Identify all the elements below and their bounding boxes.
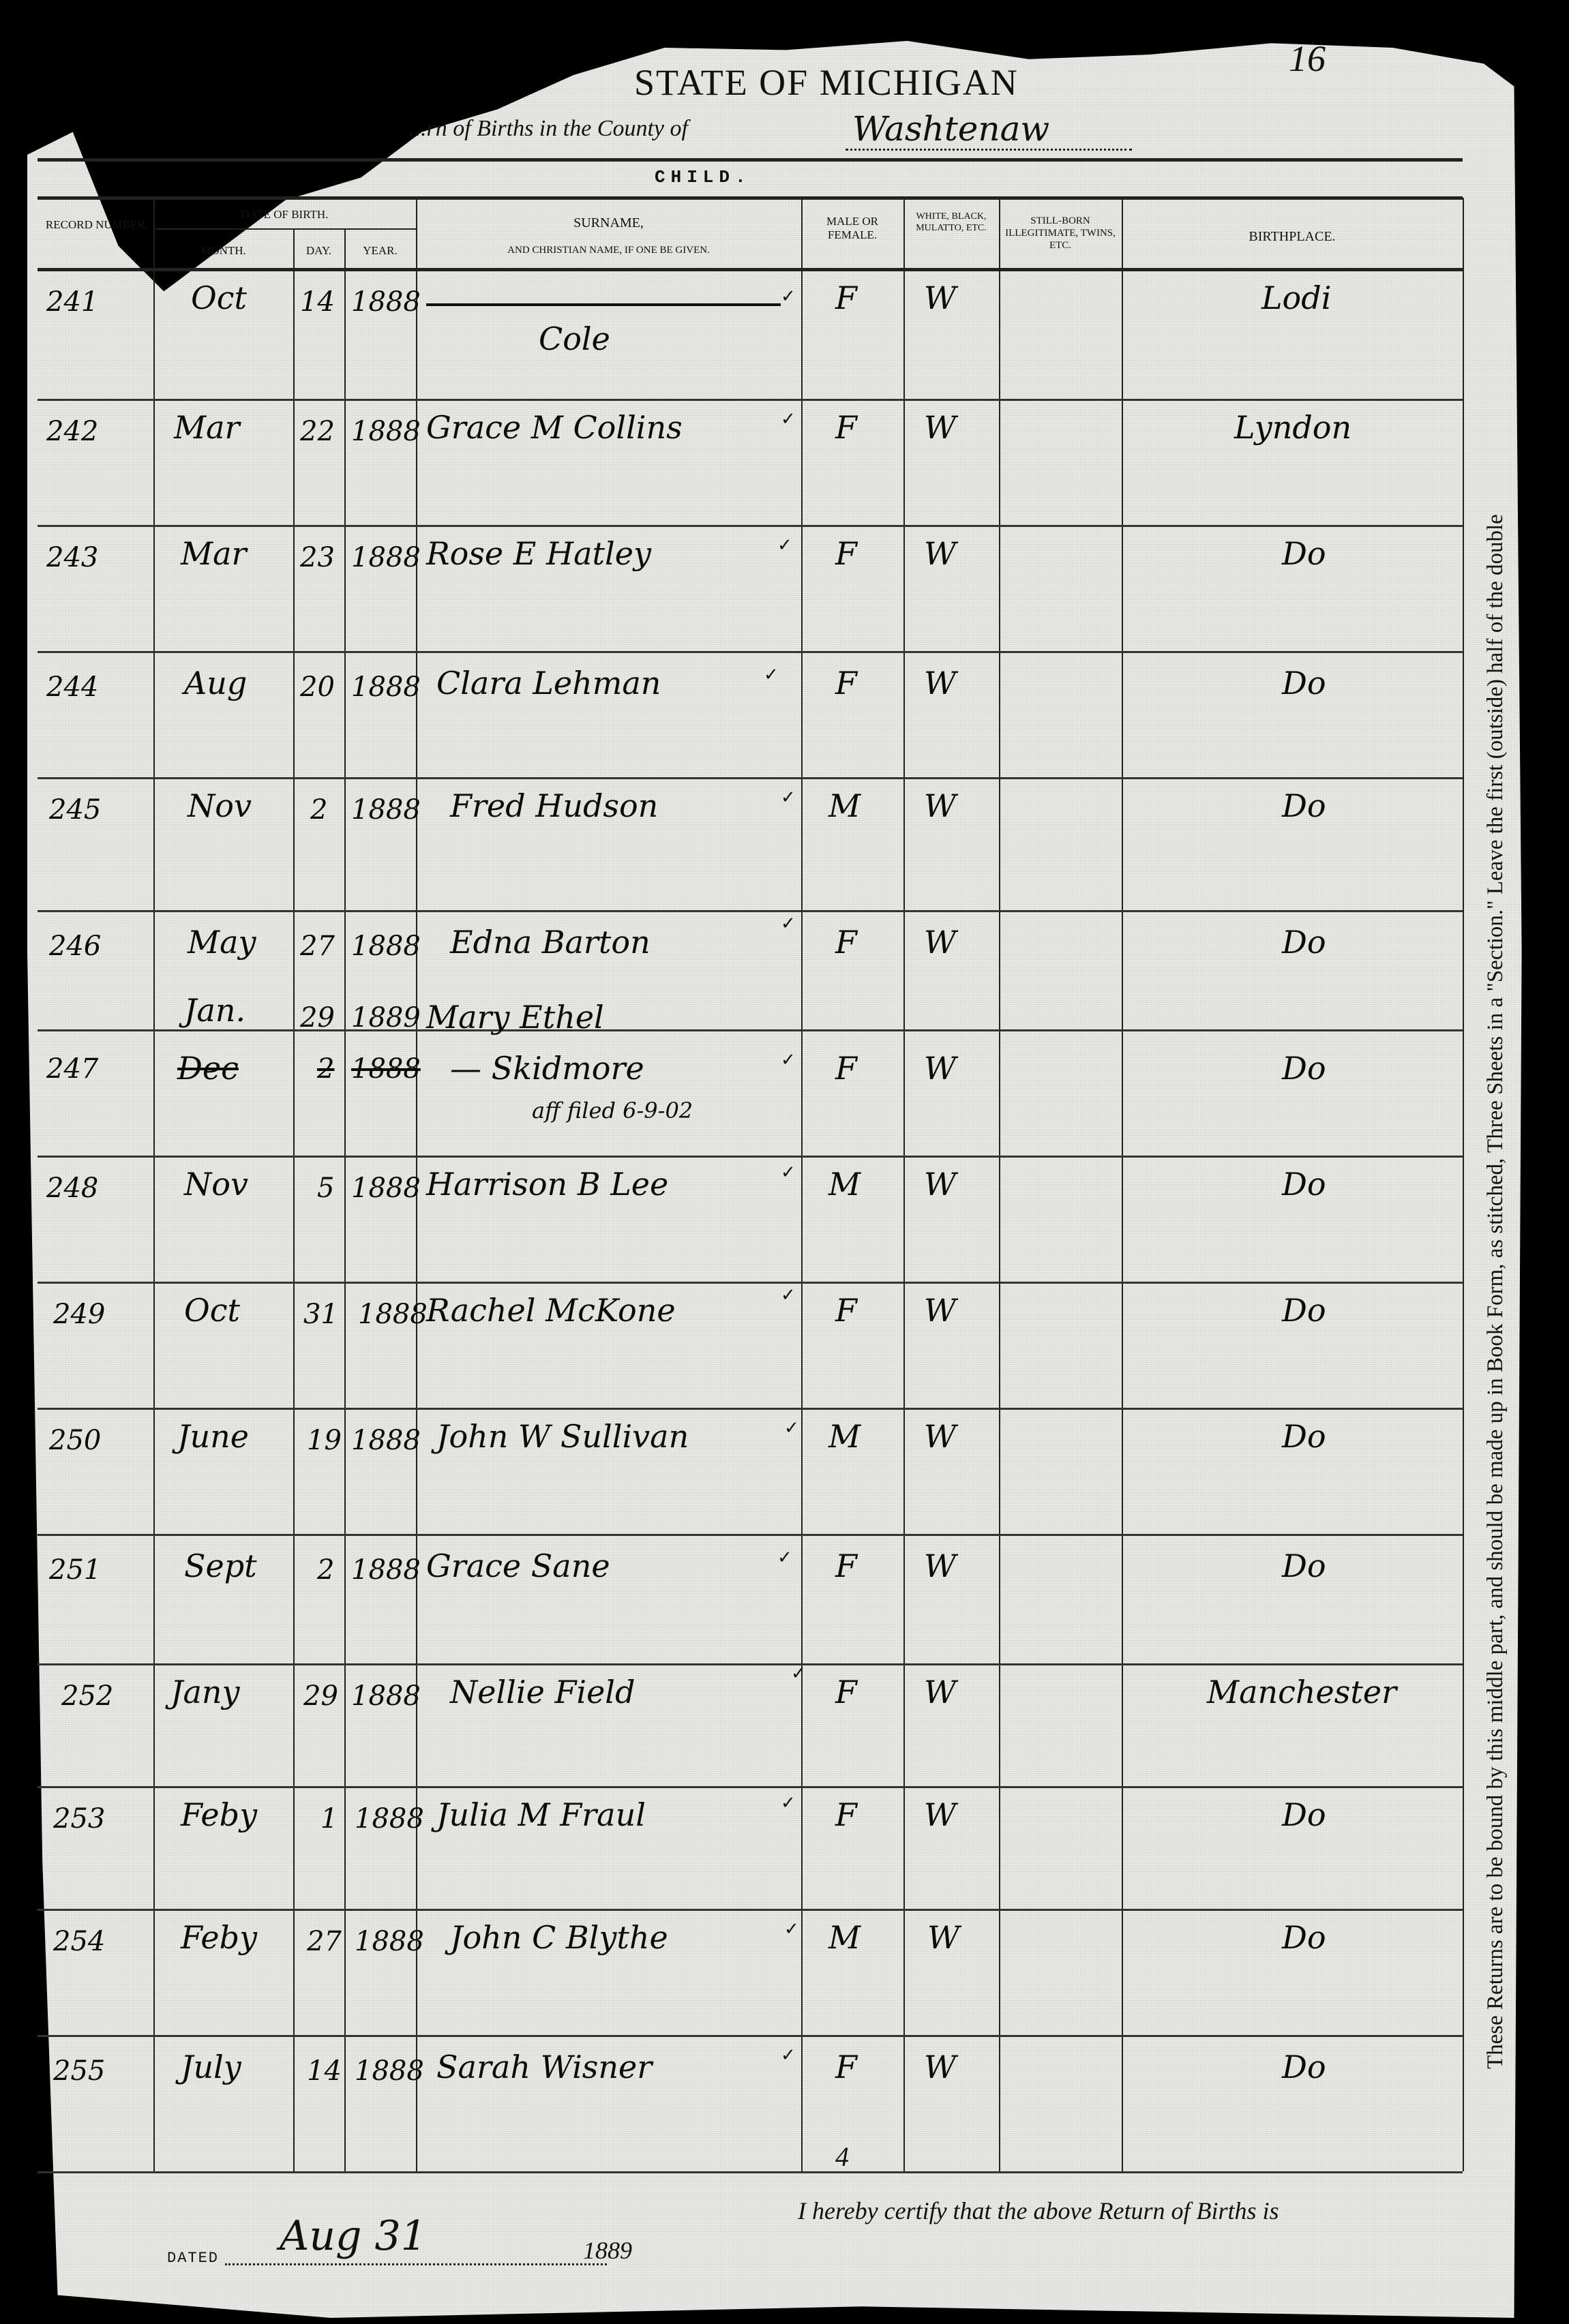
birthplace: Do — [1282, 535, 1326, 572]
birthplace: Do — [1282, 1548, 1326, 1584]
county-line — [846, 149, 1132, 151]
birth-month: Oct — [191, 280, 247, 316]
birth-year: 1888 — [351, 1554, 421, 1586]
name-blank-line — [426, 303, 781, 306]
birth-year: 1888 — [351, 542, 421, 573]
dated-year-suffix: 89 — [608, 2237, 632, 2264]
child-race: W — [924, 1050, 956, 1087]
county-value: Washtenaw — [852, 109, 1049, 149]
birthplace: Do — [1282, 665, 1326, 701]
row-line — [38, 2035, 1463, 2037]
birthplace: Lodi — [1261, 280, 1331, 316]
child-name: Julia M Fraul — [436, 1796, 646, 1833]
birth-year: 1888 — [351, 286, 421, 318]
birthplace: Do — [1282, 1796, 1326, 1833]
birth-day: 20 — [300, 671, 335, 703]
check-mark: ✓ — [781, 914, 796, 934]
child-sex: F — [835, 1050, 857, 1087]
birth-year-corrected: 1889 — [351, 1002, 421, 1033]
row-line — [38, 1156, 1463, 1158]
child-name: Rachel McKone — [426, 1292, 676, 1329]
birthplace: Do — [1282, 1919, 1326, 1956]
record-number: 255 — [53, 2055, 105, 2087]
birth-day: 2 — [317, 1554, 334, 1586]
birth-year: 1888 — [358, 1299, 428, 1330]
col-month: Month. — [153, 244, 293, 258]
check-mark: ✓ — [781, 1050, 796, 1070]
record-number: 246 — [49, 931, 101, 962]
birth-month: Jany — [170, 1674, 239, 1710]
dated-value: Aug 31 — [280, 2212, 427, 2260]
child-name: Grace Sane — [426, 1548, 610, 1584]
header-rule-top — [38, 158, 1463, 162]
birth-month-struck: Dec — [177, 1050, 239, 1087]
child-sex: F — [835, 1548, 857, 1584]
child-sex: F — [835, 924, 857, 961]
col-day: Day. — [293, 244, 344, 258]
birth-year: 1888 — [351, 1173, 421, 1204]
grid-vline — [801, 198, 803, 2171]
grid-vline — [1463, 198, 1464, 2171]
record-number: 252 — [61, 1680, 113, 1712]
col-surname-sub: and Christian Name, if one be given. — [416, 244, 801, 256]
child-sex: M — [828, 1166, 861, 1203]
grid-vline — [344, 228, 346, 2171]
binding-instructions: These Returns are to be bound by this mi… — [1483, 228, 1508, 2069]
col-record-number: Record Number. — [42, 218, 151, 232]
record-number: 251 — [49, 1554, 101, 1586]
child-race: W — [924, 1548, 956, 1584]
row-line — [38, 399, 1463, 401]
col-sex: Male or Female. — [801, 215, 903, 243]
record-number: 241 — [46, 286, 98, 318]
record-number: 245 — [49, 794, 101, 826]
grid-vline — [903, 198, 905, 2171]
child-sex: F — [835, 2049, 857, 2085]
child-sex: F — [835, 1796, 857, 1833]
child-race: W — [924, 1418, 956, 1455]
child-sex: M — [828, 787, 861, 824]
birthplace: Do — [1282, 2049, 1326, 2085]
row-line — [38, 777, 1463, 779]
child-race: W — [924, 1796, 956, 1833]
birth-month: Aug — [184, 665, 247, 701]
birthplace: Do — [1282, 1418, 1326, 1455]
row-line — [38, 1909, 1463, 1911]
birth-month: May — [188, 924, 256, 961]
col-year: Year. — [344, 244, 416, 258]
dated-year-prefix: 18 — [583, 2237, 608, 2264]
check-mark: ✓ — [781, 1793, 796, 1813]
birth-day: 14 — [300, 286, 335, 318]
grid-vline — [1122, 198, 1123, 2171]
record-number: 248 — [46, 1173, 98, 1204]
tally-mark: 4 — [835, 2141, 849, 2173]
document-subtitle: ...rn of Births in the County of — [409, 116, 688, 142]
check-mark: ✓ — [781, 286, 796, 307]
birth-year-struck: 1888 — [351, 1053, 421, 1085]
page-number: 16 — [1289, 37, 1326, 80]
correction-note: aff filed 6-9-02 — [532, 1098, 693, 1123]
row-line — [38, 1282, 1463, 1284]
birth-day-struck: 2 — [317, 1053, 334, 1085]
birth-month: Feby — [181, 1796, 257, 1833]
birth-day: 2 — [310, 794, 327, 826]
birth-day: 14 — [307, 2055, 342, 2087]
child-name: Harrison B Lee — [426, 1166, 668, 1203]
child-name: Rose E Hatley — [426, 535, 651, 572]
birthplace: Manchester — [1207, 1674, 1396, 1710]
grid-vline — [999, 198, 1000, 2171]
child-name: Nellie Field — [450, 1674, 635, 1710]
birth-year: 1888 — [351, 1425, 421, 1456]
child-sex: F — [835, 665, 857, 701]
child-race: W — [924, 535, 956, 572]
check-mark: ✓ — [781, 787, 796, 808]
record-number: 247 — [46, 1053, 98, 1085]
child-race: W — [924, 787, 956, 824]
col-race: White, Black, Mulatto, etc. — [903, 211, 999, 235]
birthplace: Lyndon — [1234, 409, 1351, 446]
child-race: W — [927, 1919, 959, 1956]
document-title: STATE OF MICHIGAN — [634, 61, 1019, 104]
record-number: 254 — [53, 1926, 105, 1957]
birth-month: Feby — [181, 1919, 257, 1956]
check-mark: ✓ — [781, 2045, 796, 2066]
child-race: W — [924, 1292, 956, 1329]
check-mark: ✓ — [764, 665, 779, 685]
header-rule-bottom — [38, 268, 1463, 271]
dated-label: DATED — [167, 2250, 219, 2267]
child-sex: F — [835, 1674, 857, 1710]
record-number: 242 — [46, 416, 98, 447]
row-line — [38, 1408, 1463, 1410]
child-sex: F — [835, 280, 857, 316]
birth-day: 23 — [300, 542, 335, 573]
birth-day: 1 — [320, 1803, 338, 1835]
child-name: Cole — [539, 320, 610, 357]
birth-month: Mar — [174, 409, 240, 446]
birth-year: 1888 — [351, 931, 421, 962]
row-line — [38, 2171, 1463, 2173]
child-name: John C Blythe — [450, 1919, 668, 1956]
section-label: CHILD. — [655, 167, 751, 187]
birth-day: 22 — [300, 416, 335, 447]
birthplace: Do — [1282, 924, 1326, 961]
record-number: 243 — [46, 542, 98, 573]
dated-year: 1889 — [583, 2236, 632, 2265]
birth-month: Nov — [188, 787, 252, 824]
child-sex: M — [828, 1418, 861, 1455]
child-sex: M — [828, 1919, 861, 1956]
row-line — [38, 1534, 1463, 1536]
certification-text: I hereby certify that the above Return o… — [798, 2197, 1279, 2225]
child-name: Sarah Wisner — [436, 2049, 652, 2085]
birth-month: Sept — [184, 1548, 257, 1584]
birth-year: 1888 — [355, 1803, 424, 1835]
record-number: 253 — [53, 1803, 105, 1835]
check-mark: ✓ — [784, 1418, 799, 1438]
birth-day: 27 — [307, 1926, 342, 1957]
col-date-of-birth: Date of Birth. — [153, 208, 416, 222]
birth-day: 27 — [300, 931, 335, 962]
birth-year: 1888 — [355, 2055, 424, 2087]
dated-line — [225, 2263, 607, 2265]
grid-vline — [153, 198, 155, 2171]
birth-month-corrected: Jan. — [184, 992, 245, 1029]
birth-year: 1888 — [351, 416, 421, 447]
child-race: W — [924, 1674, 956, 1710]
birthplace: Do — [1282, 1292, 1326, 1329]
child-name: John W Sullivan — [436, 1418, 689, 1455]
col-birthplace: Birthplace. — [1122, 228, 1463, 245]
birthplace: Do — [1282, 787, 1326, 824]
row-line — [38, 525, 1463, 527]
child-name: Clara Lehman — [436, 665, 661, 701]
check-mark: ✓ — [781, 1285, 796, 1306]
birth-year: 1888 — [351, 1680, 421, 1712]
row-line — [38, 651, 1463, 653]
row-line — [38, 1663, 1463, 1665]
row-line — [38, 910, 1463, 912]
birth-year: 1888 — [351, 671, 421, 703]
birth-day: 5 — [317, 1173, 334, 1204]
birthplace: Do — [1282, 1050, 1326, 1087]
check-mark: ✓ — [777, 535, 792, 556]
grid-vline — [293, 228, 295, 2171]
child-sex: F — [835, 1292, 857, 1329]
check-mark: ✓ — [781, 409, 796, 429]
child-race: W — [924, 924, 956, 961]
record-number: 250 — [49, 1425, 101, 1456]
row-line — [38, 1029, 1463, 1031]
child-name: Mary Ethel — [426, 999, 604, 1036]
birth-month: Nov — [184, 1166, 248, 1203]
birthplace: Do — [1282, 1166, 1326, 1203]
birth-day: 31 — [303, 1299, 338, 1330]
birth-month: June — [177, 1418, 249, 1455]
check-mark: ✓ — [777, 1548, 792, 1568]
birth-year: 1888 — [351, 794, 421, 826]
child-name-line2: — Skidmore — [450, 1050, 644, 1087]
child-sex: F — [835, 535, 857, 572]
child-name: Grace M Collins — [426, 409, 683, 446]
birth-day: 19 — [307, 1425, 342, 1456]
child-race: W — [924, 409, 956, 446]
birth-day-corrected: 29 — [300, 1002, 335, 1033]
birth-year: 1888 — [355, 1926, 424, 1957]
birth-day: 29 — [303, 1680, 338, 1712]
child-name: Edna Barton — [450, 924, 651, 961]
check-mark: ✓ — [784, 1919, 799, 1940]
birth-month: Mar — [181, 535, 247, 572]
header-rule-mid — [38, 196, 1463, 200]
birth-month: July — [181, 2049, 241, 2085]
child-sex: F — [835, 409, 857, 446]
child-race: W — [924, 280, 956, 316]
row-line — [38, 1786, 1463, 1788]
child-race: W — [924, 1166, 956, 1203]
child-race: W — [924, 665, 956, 701]
check-mark: ✓ — [791, 1663, 806, 1684]
record-number: 244 — [46, 671, 98, 703]
col-surname: Surname, — [416, 215, 801, 231]
child-name: Fred Hudson — [450, 787, 658, 824]
col-still-born: Still-Born Illegitimate, Twins, etc. — [999, 215, 1122, 252]
check-mark: ✓ — [781, 1162, 796, 1183]
record-number: 249 — [53, 1299, 105, 1330]
child-race: W — [924, 2049, 956, 2085]
date-divider — [155, 228, 416, 230]
birth-month: Oct — [184, 1292, 240, 1329]
